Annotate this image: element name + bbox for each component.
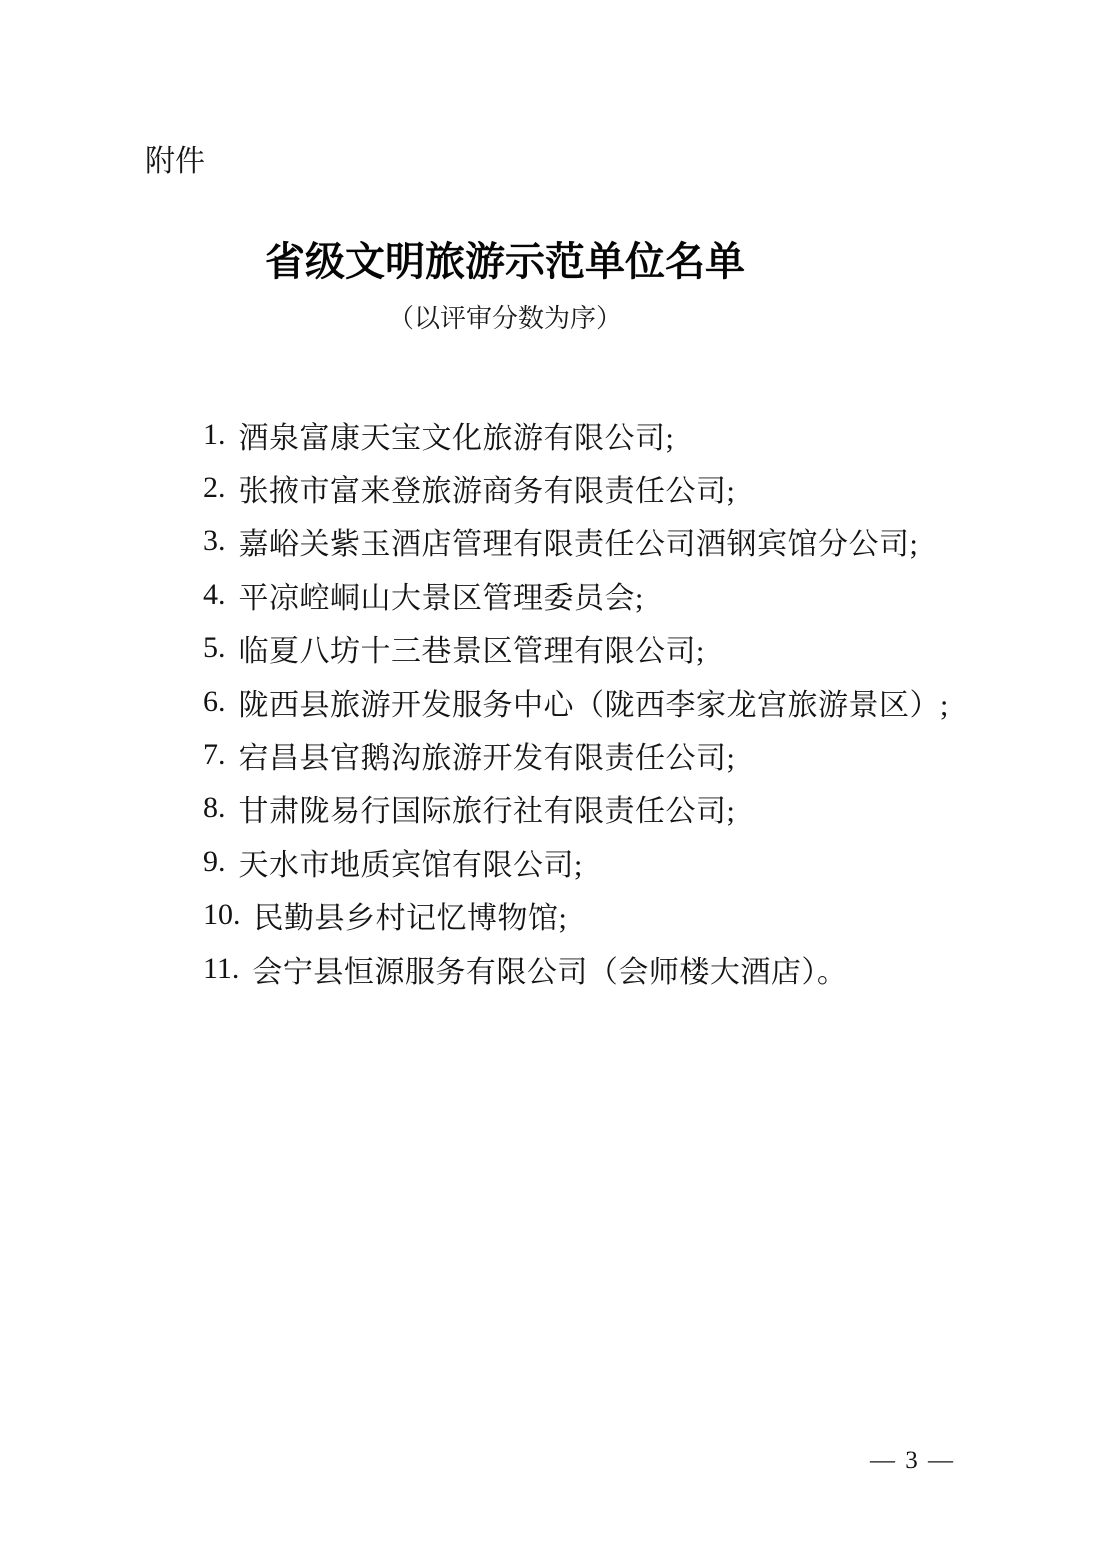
item-number: 6. [203,685,226,719]
item-text: 平凉崆峒山大景区管理委员会; [239,573,644,617]
document-title: 省级文明旅游示范单位名单 [0,236,1010,288]
list-item: 3. 嘉峪关紫玉酒店管理有限责任公司酒钢宾馆分公司; [203,515,1023,568]
list-item: 1. 酒泉富康天宝文化旅游有限公司; [203,408,1023,461]
item-text: 甘肃陇易行国际旅行社有限责任公司; [239,786,736,830]
list-item: 4. 平凉崆峒山大景区管理委员会; [203,568,1023,621]
item-number: 10. [203,898,241,932]
item-text: 宕昌县官鹅沟旅游开发有限责任公司; [239,733,736,777]
list-item: 6. 陇西县旅游开发服务中心（陇西李家龙宫旅游景区）; [203,675,1023,728]
list-item: 9. 天水市地质宾馆有限公司; [203,835,1023,888]
list-item: 5. 临夏八坊十三巷景区管理有限公司; [203,622,1023,675]
item-number: 1. [203,418,226,452]
item-number: 3. [203,524,226,558]
item-text: 嘉峪关紫玉酒店管理有限责任公司酒钢宾馆分公司; [239,519,919,563]
item-number: 8. [203,791,226,825]
item-number: 4. [203,578,226,612]
item-text: 张掖市富来登旅游商务有限责任公司; [239,466,736,510]
item-text: 民勤县乡村记忆博物馆; [254,893,568,937]
list-item: 7. 宕昌县官鹅沟旅游开发有限责任公司; [203,728,1023,781]
item-number: 11. [203,952,239,986]
heading-block: 省级文明旅游示范单位名单 （以评审分数为序） [0,236,1102,336]
item-text: 陇西县旅游开发服务中心（陇西李家龙宫旅游景区）; [239,680,949,724]
item-number: 7. [203,738,226,772]
list-item: 11. 会宁县恒源服务有限公司（会师楼大酒店）。 [203,942,1023,995]
list-item: 10. 民勤县乡村记忆博物馆; [203,889,1023,942]
item-text: 酒泉富康天宝文化旅游有限公司; [239,413,675,457]
list-item: 2. 张掖市富来登旅游商务有限责任公司; [203,461,1023,514]
item-number: 5. [203,631,226,665]
item-text: 临夏八坊十三巷景区管理有限公司; [239,626,705,670]
list-item: 8. 甘肃陇易行国际旅行社有限责任公司; [203,782,1023,835]
item-number: 2. [203,471,226,505]
page-number: — 3 — [870,1447,955,1475]
document-subtitle: （以评审分数为序） [0,302,1010,336]
item-number: 9. [203,845,226,879]
item-text: 会宁县恒源服务有限公司（会师楼大酒店）。 [252,947,847,991]
document-page: 附件 省级文明旅游示范单位名单 （以评审分数为序） 1. 酒泉富康天宝文化旅游有… [0,0,1102,1559]
item-text: 天水市地质宾馆有限公司; [239,840,583,884]
attachment-label: 附件 [145,143,205,181]
unit-list: 1. 酒泉富康天宝文化旅游有限公司; 2. 张掖市富来登旅游商务有限责任公司; … [203,408,1023,995]
